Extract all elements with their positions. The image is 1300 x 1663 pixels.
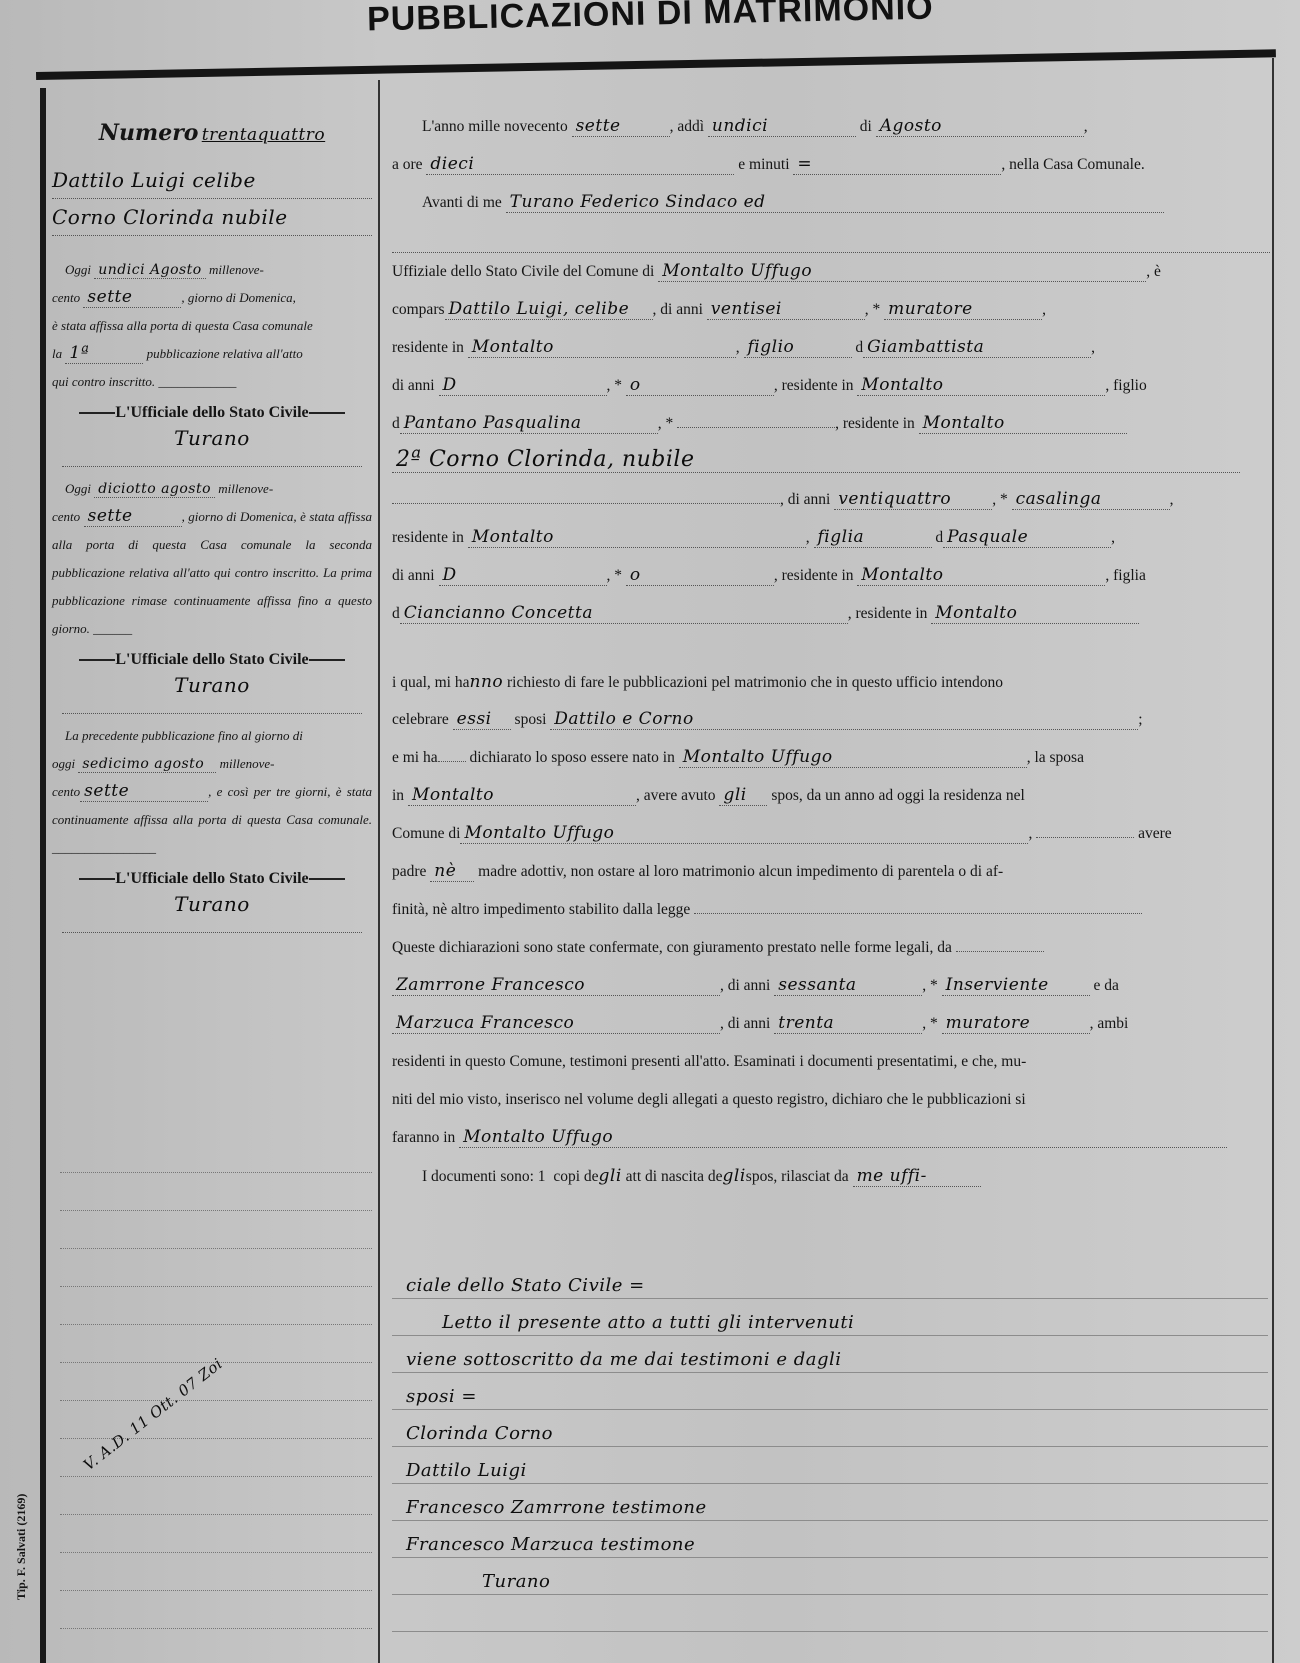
first-pub-number: 1ª (65, 344, 143, 364)
closing-line: viene sottoscritto da me dai testimoni e… (406, 1349, 842, 1370)
groom-mother-field: Pantano Pasqualina (400, 414, 658, 434)
year-field: sette (572, 117, 670, 137)
column-divider (378, 80, 380, 1663)
line-officer: Avanti di me Turano Federico Sindaco ed (392, 184, 1270, 222)
line-time: a ore dieci e minuti =, nella Casa Comun… (392, 146, 1270, 184)
numero-value: trentaquattro (202, 125, 325, 145)
line-confirm: Queste dichiarazioni sono state conferma… (392, 929, 1270, 967)
witness-2-field: Marzuca Francesco (392, 1014, 720, 1034)
witness-1-job: Inserviente (942, 976, 1090, 996)
day-field: undici (708, 117, 856, 137)
officer-final-signature: Turano (482, 1571, 550, 1592)
bride-name: Corno Clorinda nubile (52, 199, 372, 236)
closing-line: sposi = (406, 1386, 477, 1407)
bride-age-field: ventiquattro (834, 490, 992, 510)
line-date: L'anno mille novecento sette, addì undic… (392, 108, 1270, 146)
line-bride-age: , di anni ventiquattro, * casalinga, (392, 481, 1270, 519)
hour-field: dieci (426, 155, 734, 175)
groom-age-field: ventisei (707, 300, 865, 320)
line-witness-1: Zamrrone Francesco, di anni sessanta, * … (392, 967, 1270, 1005)
line-request: i qual, mi hanno richiesto di fare le pu… (392, 663, 1270, 701)
left-column: Numero trentaquattro Dattilo Luigi celib… (52, 120, 372, 933)
line-residents: residenti in questo Comune, testimoni pr… (392, 1043, 1270, 1081)
blank-rule (392, 222, 1270, 253)
closing-line: ciale dello Stato Civile = (406, 1275, 645, 1296)
final-pub-day: sedicimo agosto (78, 757, 216, 773)
line-groom-father: di anni D, * o, residente in Montalto, f… (392, 367, 1270, 405)
publication-place-field: Montalto Uffugo (459, 1128, 1227, 1148)
groom-field: Dattilo Luigi, celibe (445, 300, 653, 320)
comune-field: Montalto Uffugo (658, 262, 1146, 282)
witness-2-age: trenta (774, 1014, 922, 1034)
first-pub-day: undici Agosto (94, 263, 205, 279)
ufficiale-heading-1: L'Ufficiale dello Stato Civile (52, 404, 372, 422)
line-groom-res: residente in Montalto, figlio dGiambatti… (392, 329, 1270, 367)
bride-father-field: Pasquale (943, 528, 1111, 548)
residence-comune-field: Montalto Uffugo (460, 824, 1028, 844)
line-documents: I documenti sono: 1 copi degli att di na… (392, 1157, 1270, 1195)
line-bride-birth: in Montalto, avere avuto gli spos, da un… (392, 777, 1270, 815)
groom-name: Dattilo Luigi celibe (52, 162, 372, 199)
officer-signature-1: Turano (62, 426, 362, 467)
witness-2-job: muratore (942, 1014, 1090, 1034)
line-visto: niti del mio visto, inserisco nel volume… (392, 1081, 1270, 1119)
line-residence: Comune diMontalto Uffugo, avere (392, 815, 1270, 853)
month-field: Agosto (876, 117, 1084, 137)
line-bride-res: residente in Montalto, figlia dPasquale, (392, 519, 1270, 557)
spouses-field: Dattilo e Corno (550, 710, 1138, 730)
ufficiale-heading-3: L'Ufficiale dello Stato Civile (52, 870, 372, 888)
line-bride-mother: dCiancianno Concetta, residente in Monta… (392, 595, 1270, 633)
bride-mother-field: Ciancianno Concetta (400, 604, 848, 624)
line-celebrate: celebrare essi sposi Dattilo e Corno; (392, 701, 1270, 739)
top-rule (36, 49, 1276, 80)
line-adoptive: padre nè madre adottiv, non ostare al lo… (392, 853, 1270, 891)
second-pub-day: diciotto agosto (94, 482, 215, 498)
line-bride-father: di anni D, * o, residente in Montalto, f… (392, 557, 1270, 595)
numero-label: Numero (99, 120, 199, 146)
line-comune: Uffiziale dello Stato Civile del Comune … (392, 253, 1270, 291)
bride-residence-field: Montalto (468, 528, 806, 548)
groom-signature: Dattilo Luigi (406, 1460, 527, 1481)
groom-birthplace-field: Montalto Uffugo (679, 748, 1027, 768)
witness-1-signature: Francesco Zamrrone testimone (406, 1497, 707, 1518)
second-publication: Oggi diciotto agosto millenove- cento se… (52, 475, 372, 643)
ufficiale-heading-2: L'Ufficiale dello Stato Civile (52, 651, 372, 669)
second-pub-year: sette (84, 507, 182, 527)
line-groom-birth: e mi ha dichiarato lo sposo essere nato … (392, 739, 1270, 777)
bride-field: 2ª Corno Clorinda, nubile (392, 448, 1240, 473)
first-publication: Oggi undici Agosto millenove- cento sett… (52, 256, 372, 396)
handwritten-closing: ciale dello Stato Civile = Letto il pres… (392, 1262, 1268, 1663)
line-groom-mother: dPantano Pasqualina, * , residente in Mo… (392, 405, 1270, 443)
line-bride: 2ª Corno Clorinda, nubile (392, 443, 1270, 481)
bride-birthplace-field: Montalto (408, 786, 636, 806)
officer-name-field: Turano Federico Sindaco ed (506, 193, 1164, 213)
witness-1-age: sessanta (774, 976, 922, 996)
right-border (1272, 58, 1274, 1663)
first-pub-year: sette (83, 288, 181, 308)
groom-father-field: Giambattista (863, 338, 1091, 358)
line-faranno: faranno in Montalto Uffugo (392, 1119, 1270, 1157)
numero-line: Numero trentaquattro (52, 120, 372, 146)
document-page: PUBBLICAZIONI DI MATRIMONIO Numero trent… (0, 0, 1300, 1663)
bride-job-field: casalinga (1012, 490, 1170, 510)
witness-1-field: Zamrrone Francesco (392, 976, 720, 996)
left-ruled-lines (60, 1135, 372, 1663)
closing-line: Letto il presente atto a tutti gli inter… (442, 1312, 854, 1333)
printer-mark: Tip. F. Salvati (2169) (14, 1494, 29, 1600)
groom-job-field: muratore (884, 300, 1042, 320)
minutes-field: = (793, 155, 1001, 175)
bride-signature: Clorinda Corno (406, 1423, 553, 1444)
line-witness-2: Marzuca Francesco, di anni trenta, * mur… (392, 1005, 1270, 1043)
officer-signature-2: Turano (62, 673, 362, 714)
line-impediment: finità, nè altro impedimento stabilito d… (392, 891, 1270, 929)
groom-residence-field: Montalto (468, 338, 736, 358)
document-title: PUBBLICAZIONI DI MATRIMONIO (290, 0, 1011, 41)
witness-2-signature: Francesco Marzuca testimone (406, 1534, 695, 1555)
line-groom: comparsDattilo Luigi, celibe, di anni ve… (392, 291, 1270, 329)
main-act: L'anno mille novecento sette, addì undic… (392, 108, 1270, 1195)
left-border (40, 88, 46, 1663)
officer-signature-3: Turano (62, 892, 362, 933)
final-pub-year: sette (80, 782, 208, 802)
final-publication: La precedente pubblicazione fino al gior… (52, 722, 372, 862)
